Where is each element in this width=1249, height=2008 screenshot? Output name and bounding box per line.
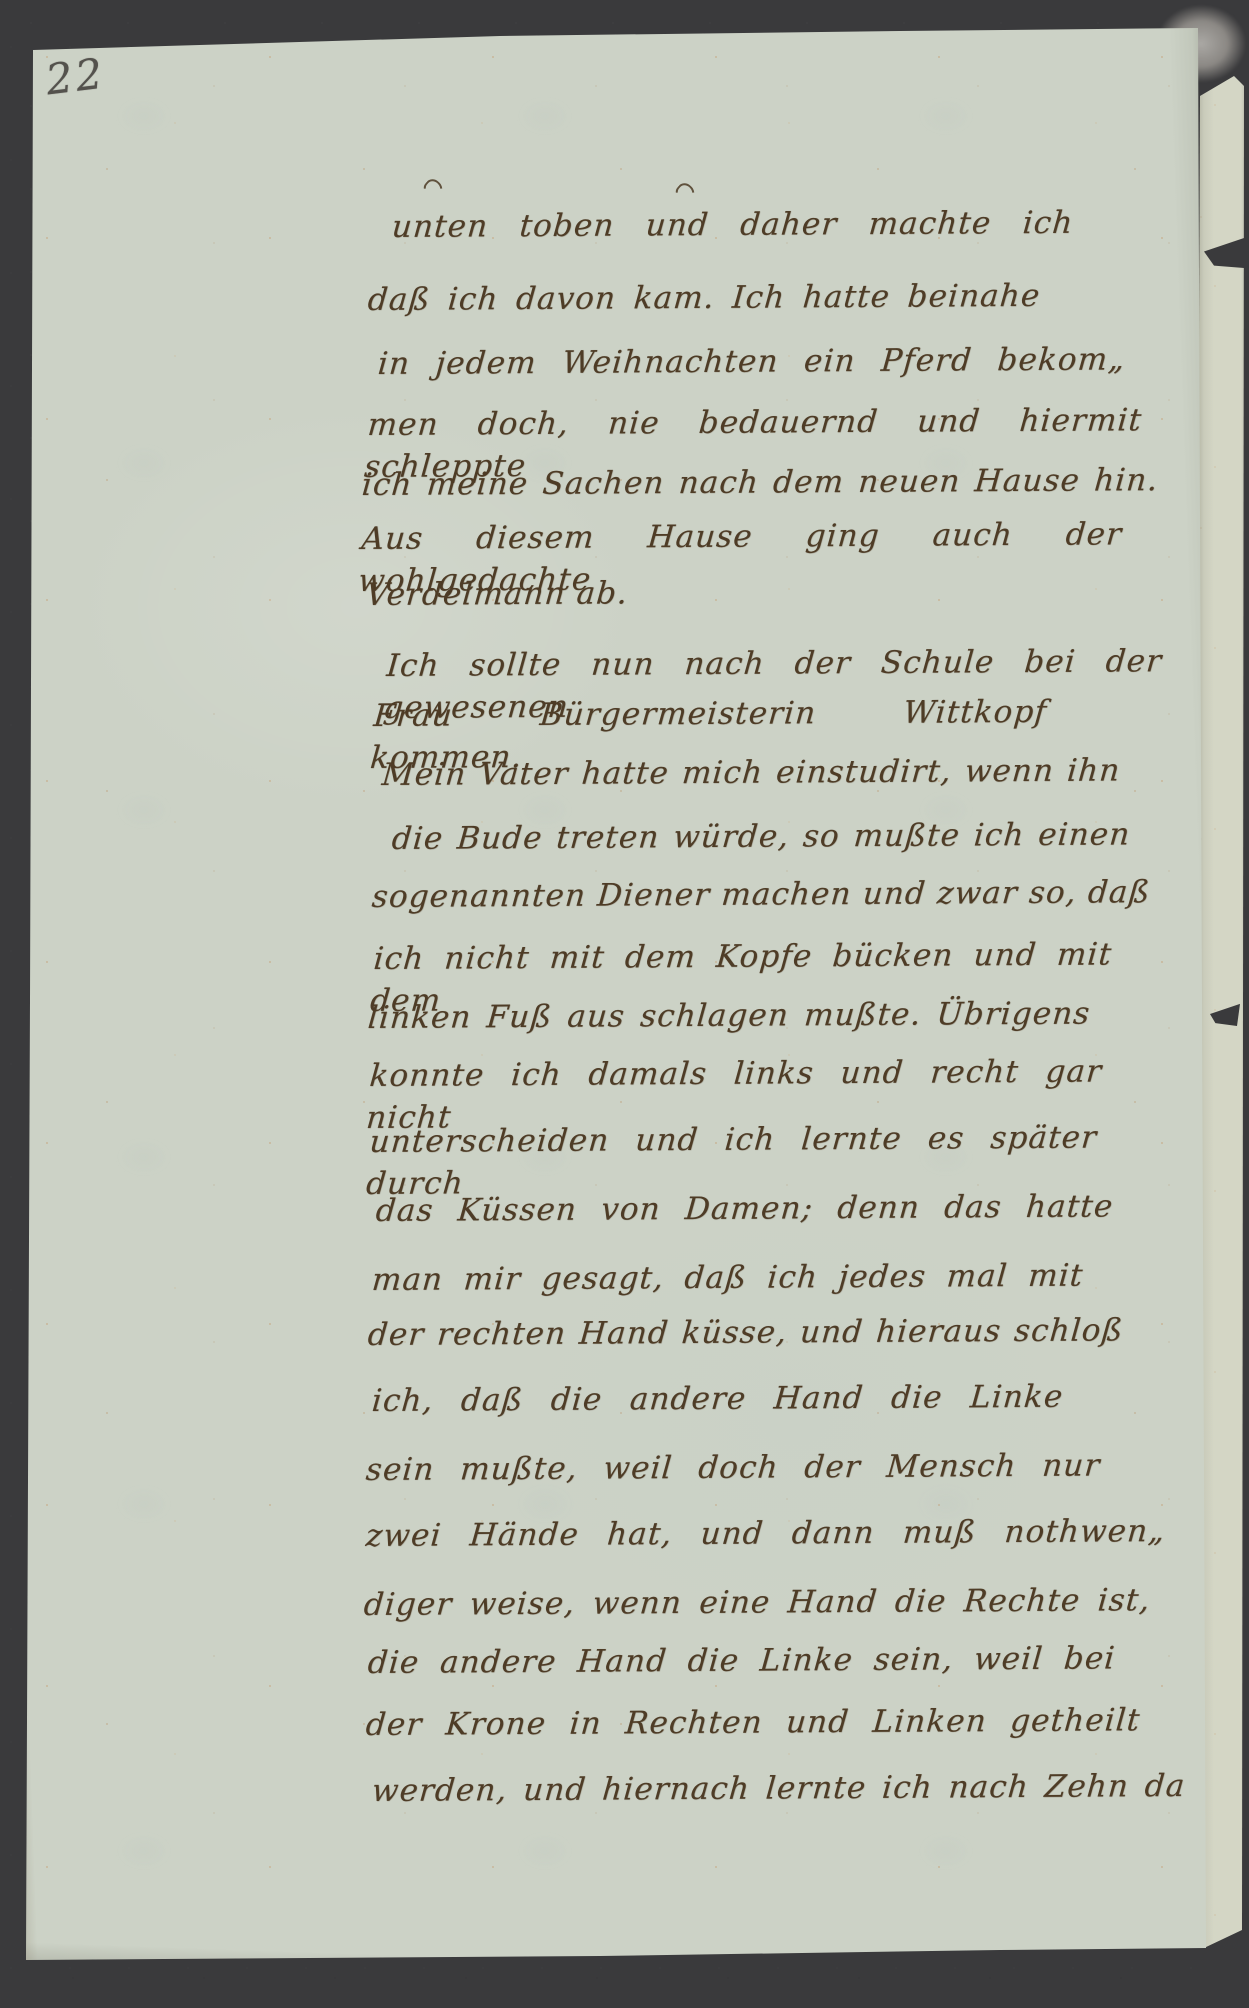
manuscript-line: ich meine Sachen nach dem neuen Hause hi… [360,459,1160,506]
manuscript-line: linken Fuß aus schlagen mußte. Übrigens [366,993,1092,1039]
manuscript-line: Verdelmann ab. [364,571,788,616]
manuscript-line: ich, daß die andere Hand die Linke [370,1376,1065,1422]
manuscript-line: zwei Hände hat, und dann muß nothwen„ [364,1510,1167,1557]
manuscript-line: daß ich davon kam. Ich hatte beinahe [366,275,1042,321]
manuscript-line: werden, und hiernach lernte ich nach Zeh… [370,1765,1187,1812]
manuscript-line: die Bude treten würde, so mußte ich eine… [390,813,1132,860]
manuscript-line: diger weise, wenn eine Hand die Rechte i… [362,1579,1152,1626]
folio-number: 22 [44,53,108,102]
manuscript-line: in jedem Weihnachten ein Pferd bekom„ [376,338,1127,385]
manuscript-scan-background: 22 unten toben und daher machte ich daß … [0,0,1249,2008]
manuscript-line: Mein Vater hatte mich einstudirt, wenn i… [380,749,1122,796]
manuscript-line: sogenannten Diener machen und zwar so, d… [370,871,1152,918]
manuscript-line: unten toben und daher machte ich [390,202,1075,248]
manuscript-line: der Krone in Rechten und Linken getheilt [364,1699,1142,1746]
manuscript-line: der rechten Hand küsse, und hieraus schl… [366,1309,1125,1356]
manuscript-line: die andere Hand die Linke sein, weil bei [366,1637,1117,1684]
manuscript-line: das Küssen von Damen; denn das hatte [374,1185,1115,1232]
manuscript-line: man mir gesagt, daß ich jedes mal mit [370,1255,1085,1301]
manuscript-line: sein mußte, weil doch der Mensch nur [364,1445,1102,1491]
